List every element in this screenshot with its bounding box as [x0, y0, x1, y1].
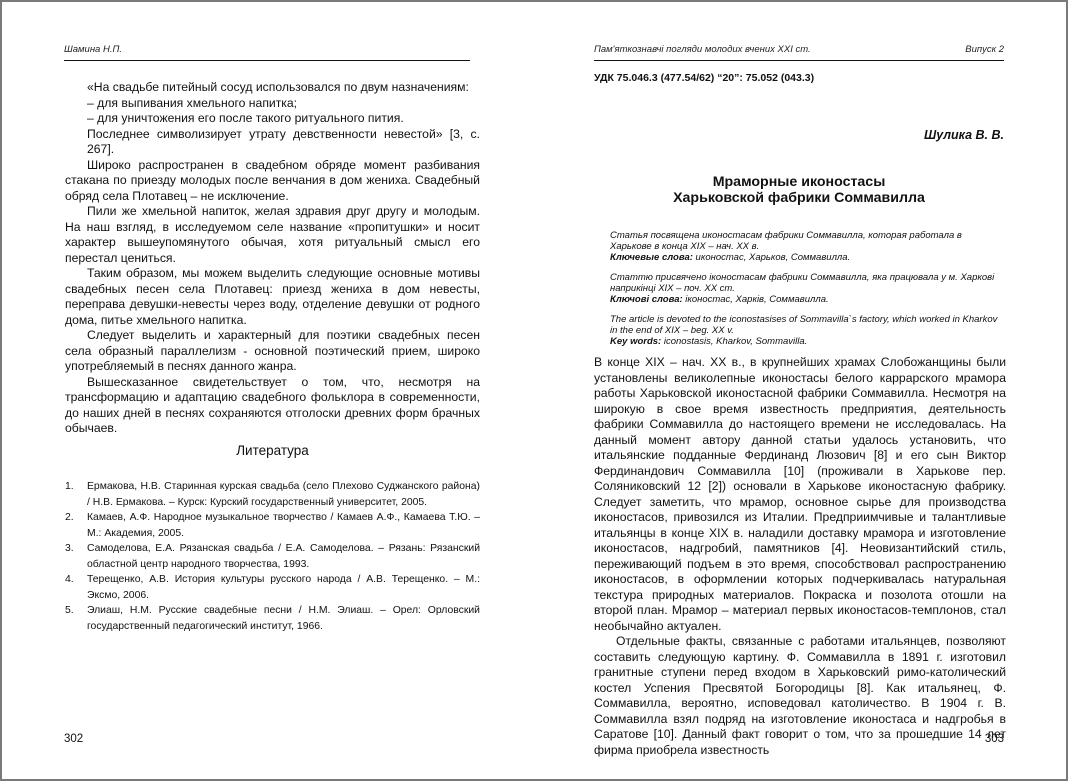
paragraph: Широко распространен в свадебном обряде … — [65, 158, 480, 205]
running-head-issue: Випуск 2 — [965, 44, 1004, 55]
abstract-russian: Статья посвящена иконостасам фабрики Сом… — [610, 230, 1004, 264]
reference-text: Самоделова, Е.А. Рязанская свадьба / Е.А… — [87, 543, 480, 570]
reference-item: 1.Ермакова, Н.В. Старинная курская свадь… — [65, 479, 480, 510]
header-rule — [594, 60, 1004, 61]
header-rule — [64, 60, 470, 61]
paragraph: Отдельные факты, связанные с работами ит… — [594, 634, 1006, 758]
title-line: Харьковской фабрики Соммавилла — [594, 190, 1004, 206]
abstract-text: The article is devoted to the iconostasi… — [610, 314, 1004, 336]
abstract-text: Статтю присвячено іконостасам фабрики Со… — [610, 272, 1004, 294]
reference-item: 5.Элиаш, Н.М. Русские свадебные песни / … — [65, 603, 480, 634]
keywords: Key words: iconostasis, Kharkov, Sommavi… — [610, 336, 1004, 347]
running-head-journal: Пам'яткознавчі погляди молодих вчених XX… — [594, 44, 811, 55]
reference-text: Элиаш, Н.М. Русские свадебные песни / Н.… — [87, 605, 480, 632]
article-title: Мраморные иконостасы Харьковской фабрики… — [594, 174, 1004, 206]
left-body-text: «На свадьбе питейный сосуд использовался… — [65, 80, 480, 437]
keywords-label: Ключевые слова: — [610, 252, 693, 263]
keywords-label: Key words: — [610, 336, 661, 347]
reference-item: 4.Терещенко, А.В. История культуры русск… — [65, 572, 480, 603]
running-head-author: Шамина Н.П. — [64, 44, 122, 55]
reference-number: 3. — [65, 541, 74, 557]
paragraph: В конце XIX – нач. XX в., в крупнейших х… — [594, 355, 1006, 634]
paragraph: Следует выделить и характерный для поэти… — [65, 328, 480, 375]
quote-line: – для выпивания хмельного напитка; — [65, 96, 480, 112]
reference-item: 3.Самоделова, Е.А. Рязанская свадьба / Е… — [65, 541, 480, 572]
page-number: 302 — [64, 733, 83, 745]
article-author: Шулика В. В. — [924, 128, 1004, 142]
references-list: 1.Ермакова, Н.В. Старинная курская свадь… — [65, 479, 480, 634]
keywords-text: iconostasis, Kharkov, Sommavilla. — [661, 336, 807, 347]
quote-line: «На свадьбе питейный сосуд использовался… — [65, 80, 480, 96]
right-page: Пам'яткознавчі погляди молодих вчених XX… — [534, 0, 1068, 781]
paragraph: Вышесказанное свидетельствует о том, что… — [65, 375, 480, 437]
abstract-text: Статья посвящена иконостасам фабрики Сом… — [610, 230, 1004, 252]
keywords: Ключевые слова: иконостас, Харьков, Сомм… — [610, 252, 1004, 263]
keywords-text: іконостас, Харків, Соммавилла. — [683, 294, 829, 305]
page-number: 303 — [985, 733, 1004, 745]
right-body-text: В конце XIX – нач. XX в., в крупнейших х… — [594, 355, 1006, 758]
keywords: Ключові слова: іконостас, Харків, Соммав… — [610, 294, 1004, 305]
title-line: Мраморные иконостасы — [594, 174, 1004, 190]
quote-line: – для уничтожения его после такого ритуа… — [65, 111, 480, 127]
keywords-label: Ключові слова: — [610, 294, 683, 305]
abstract-english: The article is devoted to the iconostasi… — [610, 314, 1004, 348]
reference-number: 2. — [65, 510, 74, 526]
reference-number: 1. — [65, 479, 74, 495]
references-heading: Литература — [65, 443, 480, 458]
reference-item: 2.Камаев, А.Ф. Народное музыкальное твор… — [65, 510, 480, 541]
reference-text: Терещенко, А.В. История культуры русског… — [87, 574, 480, 601]
reference-number: 4. — [65, 572, 74, 588]
udk-code: УДК 75.046.3 (477.54/62) “20”: 75.052 (0… — [594, 72, 814, 84]
abstract-ukrainian: Статтю присвячено іконостасам фабрики Со… — [610, 272, 1004, 306]
reference-text: Ермакова, Н.В. Старинная курская свадьба… — [87, 481, 480, 508]
left-page: Шамина Н.П. «На свадьбе питейный сосуд и… — [0, 0, 534, 781]
keywords-text: иконостас, Харьков, Соммавилла. — [693, 252, 850, 263]
quote-line: Последнее символизирует утрату девственн… — [65, 127, 480, 158]
reference-number: 5. — [65, 603, 74, 619]
reference-text: Камаев, А.Ф. Народное музыкальное творче… — [87, 512, 480, 539]
paragraph: Пили же хмельной напиток, желая здравия … — [65, 204, 480, 266]
paragraph: Таким образом, мы можем выделить следующ… — [65, 266, 480, 328]
